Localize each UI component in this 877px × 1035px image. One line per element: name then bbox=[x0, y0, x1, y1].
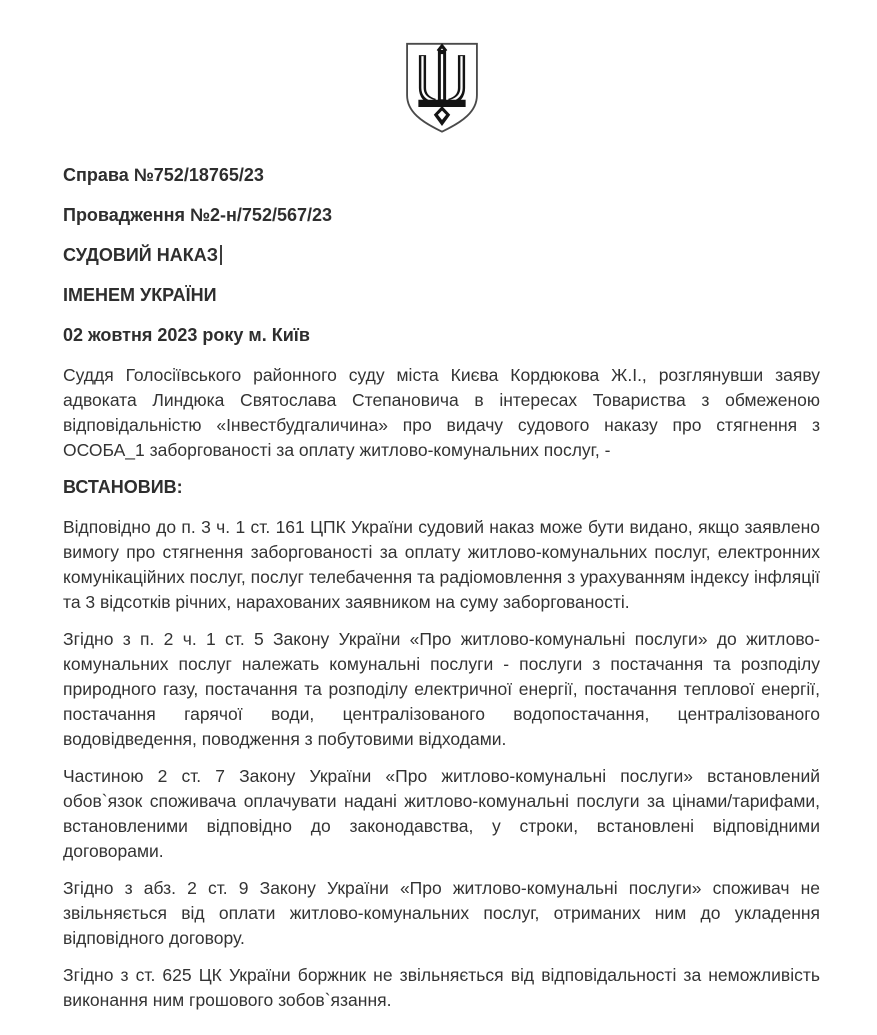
document-title-line: СУДОВИЙ НАКАЗ bbox=[63, 243, 820, 268]
body-paragraph: Згідно з абз. 2 ст. 9 Закону України «Пр… bbox=[63, 876, 820, 951]
body-paragraph: Відповідно до п. 3 ч. 1 ст. 161 ЦПК Укра… bbox=[63, 515, 820, 615]
court-order-document[interactable]: Справа №752/18765/23 Провадження №2-н/75… bbox=[63, 0, 820, 1035]
body-paragraph: Згідно з п. 2 ч. 1 ст. 5 Закону України … bbox=[63, 627, 820, 752]
intro-paragraph: Суддя Голосіївського районного суду міст… bbox=[63, 363, 820, 463]
ukraine-trident-icon bbox=[404, 40, 480, 136]
case-number: Справа №752/18765/23 bbox=[63, 163, 820, 188]
body-paragraph: Частиною 2 ст. 7 Закону України «Про жит… bbox=[63, 764, 820, 864]
in-the-name-of-ukraine: ІМЕНЕМ УКРАЇНИ bbox=[63, 283, 820, 308]
body-paragraph: Згідно з ст. 625 ЦК України боржник не з… bbox=[63, 963, 820, 1013]
proceeding-number: Провадження №2-н/752/567/23 bbox=[63, 203, 820, 228]
ukraine-coat-of-arms bbox=[404, 40, 480, 141]
established-heading: ВСТАНОВИВ: bbox=[63, 475, 820, 500]
text-cursor bbox=[220, 245, 222, 265]
date-and-place: 02 жовтня 2023 року м. Київ bbox=[63, 323, 820, 348]
document-title: СУДОВИЙ НАКАЗ bbox=[63, 245, 218, 265]
